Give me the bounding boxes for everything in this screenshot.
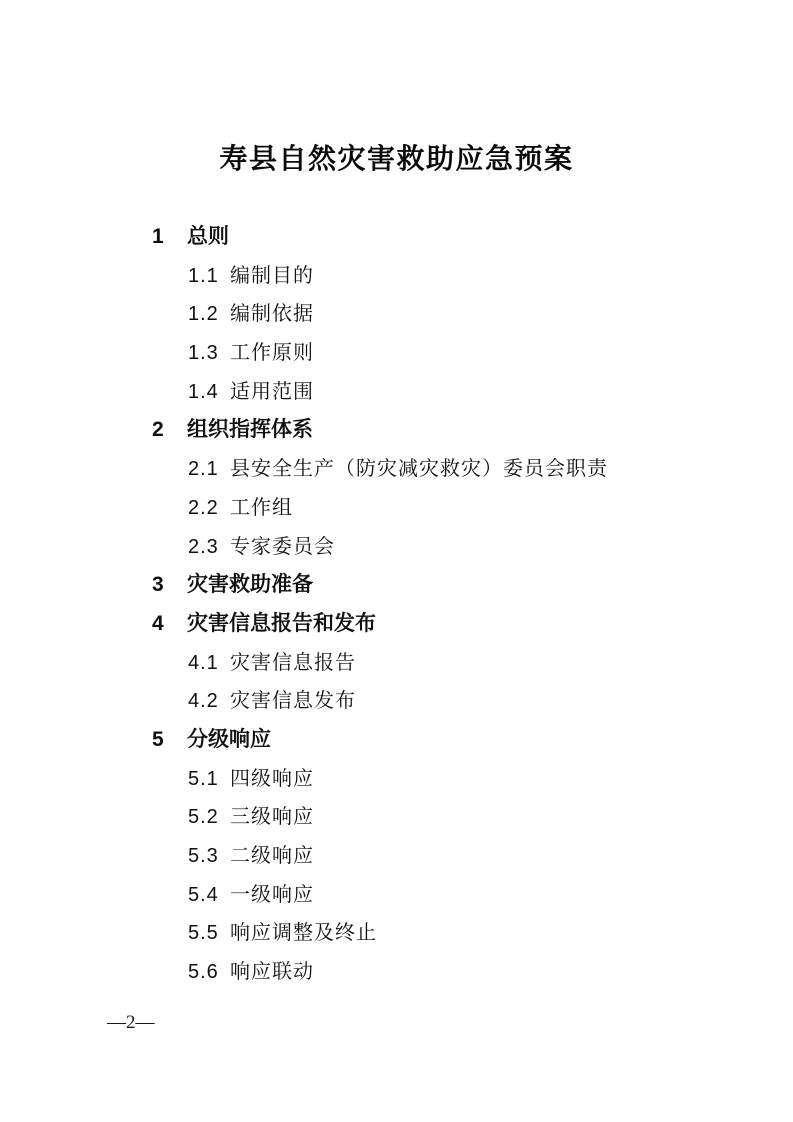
toc-item: 5.6响应联动: [0, 953, 793, 992]
toc-item-number: 5: [152, 721, 187, 760]
toc-item: 5.5响应调整及终止: [0, 914, 793, 953]
toc-item: 5.1四级响应: [0, 760, 793, 799]
toc-item-number: 2.1: [188, 450, 230, 489]
toc-item: 3灾害救助准备: [0, 566, 793, 605]
toc-list: 1总则1.1编制目的1.2编制依据1.3工作原则1.4适用范围2组织指挥体系2.…: [0, 218, 793, 992]
toc-item-number: 5.6: [188, 953, 230, 992]
toc-item-label: 灾害信息报告: [230, 652, 356, 674]
document-title: 寿县自然灾害救助应急预案: [0, 144, 793, 174]
toc-item-number: 5.2: [188, 798, 230, 837]
toc-item: 1.4适用范围: [0, 373, 793, 412]
toc-item-label: 工作原则: [230, 342, 314, 364]
toc-item-label: 编制目的: [230, 265, 314, 287]
toc-item-number: 4.2: [188, 682, 230, 721]
toc-item: 1总则: [0, 218, 793, 257]
toc-item-label: 专家委员会: [230, 536, 335, 558]
toc-item-number: 1.2: [188, 295, 230, 334]
toc-item-number: 2.3: [188, 528, 230, 567]
toc-item-number: 3: [152, 566, 187, 605]
toc-item-label: 灾害信息报告和发布: [187, 612, 376, 635]
toc-item-label: 灾害信息发布: [230, 690, 356, 712]
toc-item: 1.3工作原则: [0, 334, 793, 373]
document-page: 寿县自然灾害救助应急预案 1总则1.1编制目的1.2编制依据1.3工作原则1.4…: [0, 0, 793, 1122]
toc-item-label: 总则: [187, 225, 229, 248]
toc-item: 4灾害信息报告和发布: [0, 605, 793, 644]
toc-item-number: 4: [152, 605, 187, 644]
toc-item-label: 二级响应: [230, 845, 314, 867]
toc-item-number: 4.1: [188, 644, 230, 683]
toc-item-number: 1.3: [188, 334, 230, 373]
toc-item-label: 响应调整及终止: [230, 922, 377, 944]
toc-item-label: 灾害救助准备: [187, 573, 313, 596]
toc-item: 1.1编制目的: [0, 257, 793, 296]
toc-item: 5.4一级响应: [0, 876, 793, 915]
toc-item: 2组织指挥体系: [0, 411, 793, 450]
toc-item-number: 1.4: [188, 373, 230, 412]
page-number: —2—: [107, 1011, 155, 1035]
toc-item-label: 四级响应: [230, 768, 314, 790]
toc-item-number: 5.1: [188, 760, 230, 799]
toc-item: 2.2工作组: [0, 489, 793, 528]
toc-item-number: 2: [152, 411, 187, 450]
toc-item-number: 5.3: [188, 837, 230, 876]
toc-item: 5.3二级响应: [0, 837, 793, 876]
toc-item: 2.3专家委员会: [0, 528, 793, 567]
toc-item-number: 5.5: [188, 914, 230, 953]
toc-item-label: 组织指挥体系: [187, 418, 313, 441]
toc-item-number: 1: [152, 218, 187, 257]
toc-item-number: 5.4: [188, 876, 230, 915]
toc-item: 4.1灾害信息报告: [0, 644, 793, 683]
toc-item-label: 适用范围: [230, 381, 314, 403]
toc-item-label: 三级响应: [230, 806, 314, 828]
toc-item-label: 一级响应: [230, 884, 314, 906]
toc-item-number: 2.2: [188, 489, 230, 528]
toc-item-number: 1.1: [188, 257, 230, 296]
toc-item: 2.1县安全生产（防灾减灾救灾）委员会职责: [0, 450, 793, 489]
toc-item-label: 分级响应: [187, 728, 271, 751]
toc-item-label: 编制依据: [230, 303, 314, 325]
toc-item: 4.2灾害信息发布: [0, 682, 793, 721]
toc-item: 5.2三级响应: [0, 798, 793, 837]
toc-item: 5分级响应: [0, 721, 793, 760]
toc-item-label: 县安全生产（防灾减灾救灾）委员会职责: [230, 458, 608, 480]
toc-item-label: 响应联动: [230, 961, 314, 983]
toc-item: 1.2编制依据: [0, 295, 793, 334]
toc-item-label: 工作组: [230, 497, 293, 519]
